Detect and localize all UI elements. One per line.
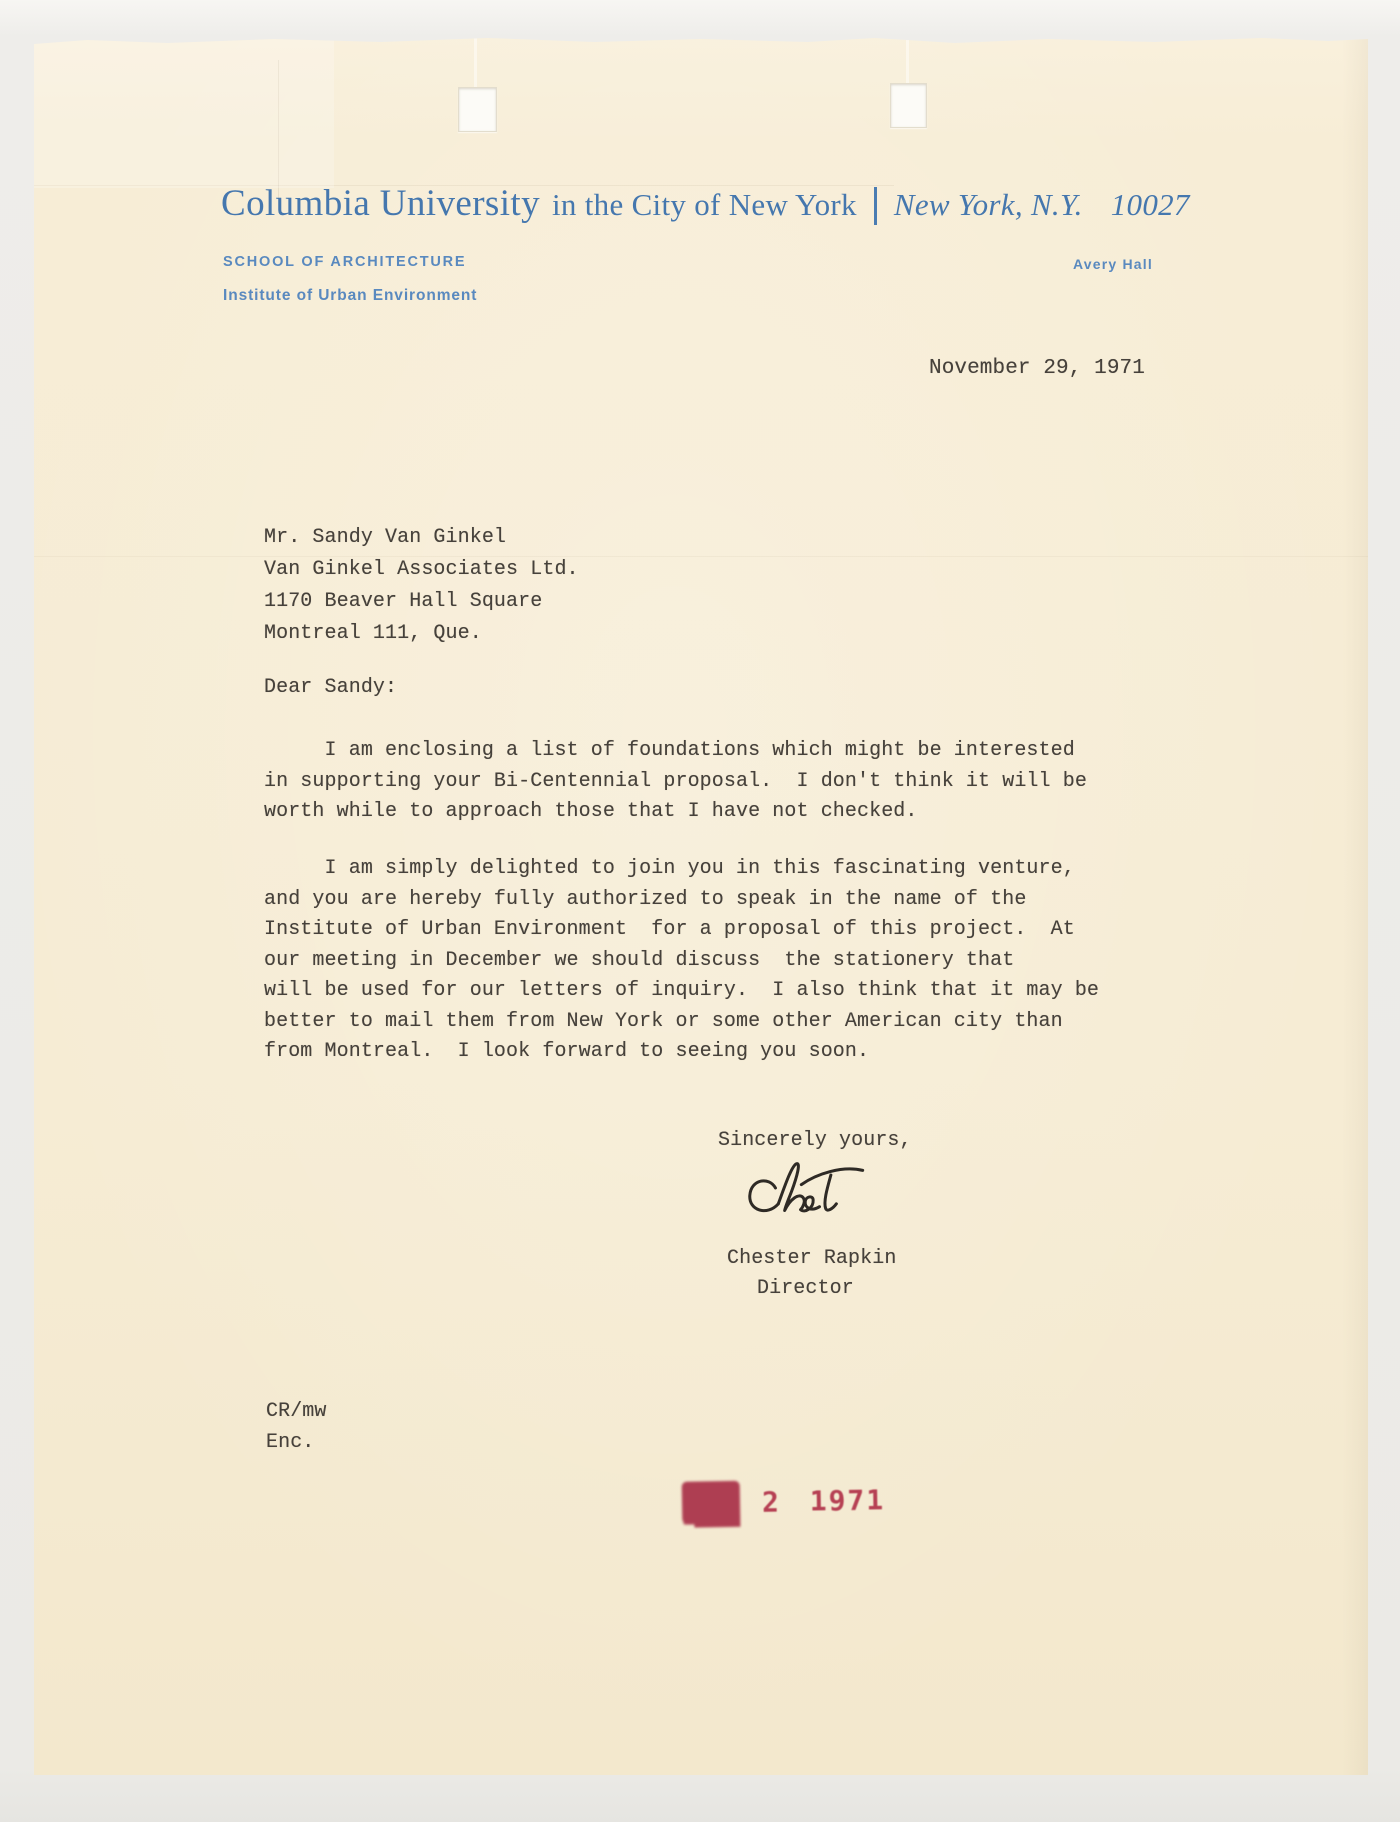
- punch-hole-right: [890, 83, 927, 128]
- body-line: I am enclosing a list of foundations whi…: [264, 736, 1087, 767]
- scan-background: Columbia University in the City of New Y…: [0, 0, 1400, 1822]
- letterhead-institute: Institute of Urban Environment: [223, 287, 477, 305]
- body-line: our meeting in December we should discus…: [264, 946, 1099, 977]
- recipient-line: 1170 Beaver Hall Square: [264, 586, 579, 618]
- recipient-address-block: Mr. Sandy Van Ginkel Van Ginkel Associat…: [264, 522, 579, 650]
- recipient-line: Van Ginkel Associates Ltd.: [264, 554, 579, 586]
- body-line: better to mail them from New York or som…: [264, 1007, 1099, 1038]
- body-line: from Montreal. I look forward to seeing …: [264, 1037, 1099, 1068]
- reference-initials: CR/mw: [266, 1396, 327, 1427]
- light-patch: [34, 38, 334, 188]
- letter-paper: Columbia University in the City of New Y…: [34, 38, 1368, 1775]
- letterhead-building: Avery Hall: [1073, 256, 1153, 272]
- body-paragraph-1: I am enclosing a list of foundations whi…: [264, 736, 1087, 828]
- letterhead-zip: 10027: [1111, 187, 1190, 223]
- body-paragraph-2: I am simply delighted to join you in thi…: [264, 854, 1099, 1068]
- reference-block: CR/mw Enc.: [266, 1396, 327, 1458]
- body-line: in supporting your Bi-Centennial proposa…: [264, 767, 1087, 798]
- date-line: November 29, 1971: [929, 357, 1145, 380]
- letterhead-city: New York, N.Y.: [894, 187, 1083, 223]
- stamp-smudge: [682, 1481, 741, 1524]
- letterhead-institution-suffix: in the City of New York: [552, 187, 857, 223]
- body-line: I am simply delighted to join you in thi…: [264, 854, 1099, 885]
- tape-mark-right: [906, 38, 909, 84]
- date-stamp: 2 1971: [682, 1478, 886, 1524]
- letterhead-divider-bar: [874, 187, 877, 225]
- letterhead-institution: Columbia University: [221, 182, 540, 225]
- salutation: Dear Sandy:: [264, 676, 397, 699]
- letterhead: Columbia University in the City of New Y…: [221, 182, 1190, 225]
- tape-mark-left: [474, 38, 477, 88]
- edge-shading: [1342, 38, 1368, 1775]
- body-line: will be used for our letters of inquiry.…: [264, 976, 1099, 1007]
- enclosure-note: Enc.: [266, 1427, 327, 1458]
- body-line: worth while to approach those that I hav…: [264, 797, 1087, 828]
- crease-horizontal-mid: [34, 556, 1368, 557]
- sender-title: Director: [757, 1277, 854, 1300]
- punch-hole-left: [458, 87, 497, 132]
- recipient-line: Mr. Sandy Van Ginkel: [264, 522, 579, 554]
- sender-name: Chester Rapkin: [727, 1247, 896, 1270]
- body-line: and you are hereby fully authorized to s…: [264, 885, 1099, 916]
- letterhead-school: SCHOOL OF ARCHITECTURE: [223, 254, 466, 270]
- recipient-line: Montreal 111, Que.: [264, 618, 579, 650]
- body-line: Institute of Urban Environment for a pro…: [264, 915, 1099, 946]
- signature-script: [736, 1148, 891, 1246]
- stamp-text: 2 1971: [762, 1483, 886, 1518]
